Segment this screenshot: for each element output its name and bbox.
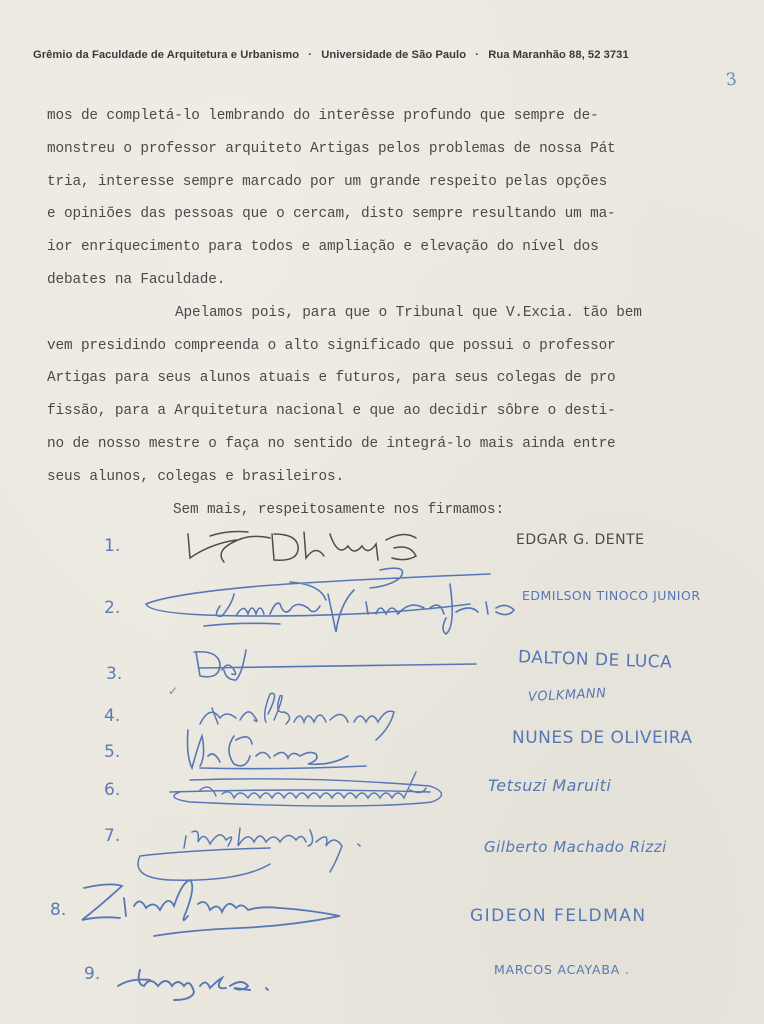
check-mark-icon: ✓ — [168, 684, 178, 698]
letterhead-separator: · — [475, 49, 479, 61]
signatory-number: 7. — [104, 826, 120, 846]
body-line: e opiniões das pessoas que o cercam, dis… — [47, 198, 747, 231]
body-line: Apelamos pois, para que o Tribunal que V… — [47, 297, 747, 330]
letterhead-address: Rua Maranhão 88, 52 3731 — [488, 49, 629, 61]
signatory-number: 1. — [104, 536, 120, 556]
signatory-number: 9. — [84, 964, 100, 984]
body-line: vem presidindo compreenda o alto signifi… — [47, 330, 747, 363]
signatory-printed-name: NUNES DE OLIVEIRA — [512, 728, 693, 748]
body-line: Artigas para seus alunos atuais e futuro… — [47, 362, 747, 395]
body-line: debates na Faculdade. — [47, 264, 747, 297]
signature-8 — [70, 876, 350, 946]
body-line: ior enriquecimento para todos e ampliaçã… — [47, 231, 747, 264]
signature-9 — [110, 956, 280, 1002]
signatory-printed-name: DALTON DE LUCA — [518, 647, 673, 672]
body-line: no de nosso mestre o faça no sentido de … — [47, 428, 747, 461]
signature-2 — [140, 564, 520, 640]
signatory-number: 2. — [104, 598, 120, 618]
scanned-letter-page: Grêmio da Faculdade de Arquitetura e Urb… — [0, 0, 764, 1024]
signatory-number: 3. — [106, 664, 122, 684]
body-line: mos de completá-lo lembrando do interêss… — [47, 100, 747, 133]
signatory-number: 8. — [50, 900, 66, 920]
signature-6 — [160, 768, 460, 818]
signatory-printed-name: Gilberto Machado Rizzi — [484, 838, 667, 856]
signatory-number: 5. — [104, 742, 120, 762]
signatory-printed-name: GIDEON FELDMAN — [470, 906, 647, 926]
signature-3 — [180, 640, 480, 684]
letterhead-university: Universidade de São Paulo — [321, 49, 466, 61]
body-line: monstreu o professor arquiteto Artigas p… — [47, 133, 747, 166]
signatory-printed-name: EDMILSON TINOCO JUNIOR — [522, 588, 701, 603]
handwritten-page-number: 3 — [725, 69, 738, 90]
body-line: tria, interesse sempre marcado por um gr… — [47, 166, 747, 199]
signatory-number: 6. — [104, 780, 120, 800]
letterhead-organization: Grêmio da Faculdade de Arquitetura e Urb… — [33, 49, 299, 61]
body-line: fissão, para a Arquitetura nacional e qu… — [47, 395, 747, 428]
signatory-printed-name: VOLKMANN — [528, 686, 607, 705]
letterhead-separator: · — [308, 49, 312, 61]
signatory-printed-name: Tetsuzi Maruiti — [488, 776, 611, 795]
signatory-number: 4. — [104, 706, 120, 726]
signatory-printed-name: EDGAR G. DENTE — [516, 532, 644, 548]
body-line: seus alunos, colegas e brasileiros. — [47, 461, 747, 494]
letterhead: Grêmio da Faculdade de Arquitetura e Urb… — [33, 49, 753, 61]
letter-body: mos de completá-lo lembrando do interêss… — [47, 100, 747, 526]
signatory-printed-name: MARCOS ACAYABA . — [494, 962, 630, 977]
